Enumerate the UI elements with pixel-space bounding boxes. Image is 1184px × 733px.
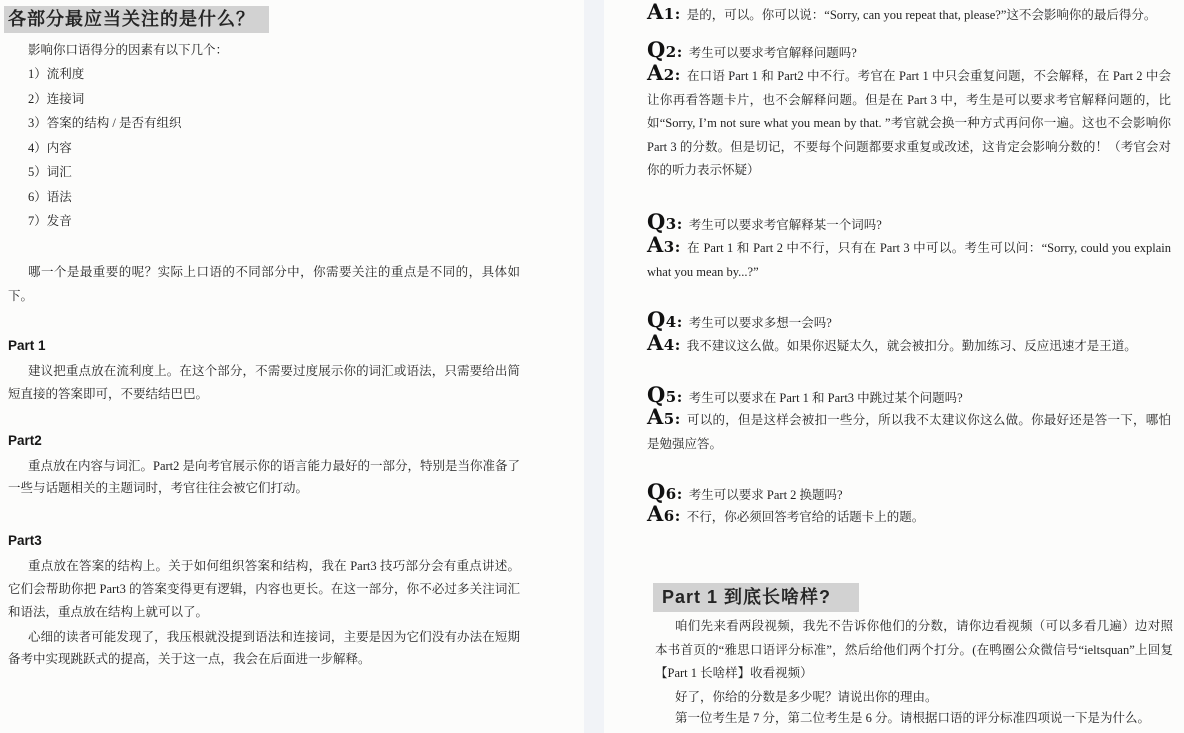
part3-paragraph: 重点放在答案的结构上。关于如何组织答案和结构，我在 Part3 技巧部分会有重点… [8,555,520,624]
factors-intro: 影响你口语得分的因素有以下几个： [8,39,520,62]
part1-paragraph: 建议把重点放在流利度上。在这个部分，不需要过度展示你的词汇或语法，只需要给出简短… [8,360,520,406]
right-page: A1:是的，可以。你可以说：“Sorry, can you repeat tha… [604,0,1184,733]
factor-item: 1）流利度 [28,62,181,87]
part2-paragraph: 重点放在内容与词汇。Part2 是向考官展示你的语言能力最好的一部分，特别是当你… [8,455,520,499]
qa-label: Q6: [647,481,683,502]
qa-text: 考生可以要求 Part 2 换题吗? [689,488,843,502]
which-important-paragraph: 哪一个是最重要的呢？实际上口语的不同部分中，你需要关注的重点是不同的，具体如下。 [8,260,520,308]
qa-text: 不行，你必须回答考官给的话题卡上的题。 [687,510,925,524]
qa-answer-4: A4:我不建议这么做。如果你迟疑太久，就会被扣分。勤加练习、反应迅速才是王道。 [647,332,1171,359]
qa-text: 我不建议这么做。如果你迟疑太久，就会被扣分。勤加练习、反应迅速才是王道。 [687,339,1137,353]
factor-item: 7）发音 [28,209,181,234]
qa-label: Q2: [647,39,683,60]
factor-item: 3）答案的结构 / 是否有组织 [28,111,181,136]
part3-extra-paragraph: 心细的读者可能发现了，我压根就没提到语法和连接词，主要是因为它们没有办法在短期备… [8,626,520,670]
qa-label: Q3: [647,211,683,232]
qa-label: A2: [647,62,681,83]
score-question-paragraph: 好了，你给的分数是多少呢？请说出你的理由。 [655,686,1173,710]
qa-text: 是的，可以。你可以说：“Sorry, can you repeat that, … [687,8,1157,22]
qa-label: Q4: [647,309,683,330]
factor-item: 5）词汇 [28,160,181,185]
qa-text: 在 Part 1 和 Part 2 中不行，只有在 Part 3 中可以。考生可… [647,241,1171,279]
qa-label: A4: [647,332,681,353]
factor-item: 4）内容 [28,136,181,161]
factor-list: 1）流利度 2）连接词 3）答案的结构 / 是否有组织 4）内容 5）词汇 6）… [28,62,181,234]
part1-label: Part 1 [8,338,46,353]
qa-answer-5: A5:可以的，但是这样会被扣一些分，所以我不太建议你这么做。你最好还是答一下，哪… [647,406,1171,456]
part3-label: Part3 [8,533,42,548]
left-section-heading: 各部分最应当关注的是什么？ [4,6,269,33]
score-answer-paragraph: 第一位考生是 7 分，第二位考生是 6 分。请根据口语的评分标准四项说一下是为什… [655,707,1173,731]
qa-text: 考生可以要求在 Part 1 和 Part3 中跳过某个问题吗? [689,391,963,405]
qa-text: 考生可以要求考官解释问题吗? [689,46,857,60]
factor-item: 2）连接词 [28,87,181,112]
left-page: 各部分最应当关注的是什么？ 影响你口语得分的因素有以下几个： 1）流利度 2）连… [0,0,584,733]
qa-label: A3: [647,234,681,255]
qa-text: 在口语 Part 1 和 Part2 中不行。考官在 Part 1 中只会重复问… [647,69,1171,177]
qa-answer-3: A3:在 Part 1 和 Part 2 中不行，只有在 Part 3 中可以。… [647,234,1171,284]
qa-answer-1: A1:是的，可以。你可以说：“Sorry, can you repeat tha… [647,1,1171,28]
part2-label: Part2 [8,433,42,448]
qa-answer-2: A2:在口语 Part 1 和 Part2 中不行。考官在 Part 1 中只会… [647,62,1171,183]
right-section-heading: Part 1 到底长啥样? [653,583,859,612]
qa-label: A5: [647,406,681,427]
video-intro-paragraph: 咱们先来看两段视频，我先不告诉你他们的分数，请你边看视频（可以多看几遍）边对照本… [655,615,1173,686]
qa-text: 考生可以要求考官解释某一个词吗? [689,218,882,232]
book-spread: 各部分最应当关注的是什么？ 影响你口语得分的因素有以下几个： 1）流利度 2）连… [0,0,1184,733]
qa-label: A6: [647,503,681,524]
qa-label: Q5: [647,384,683,405]
page-gutter [584,0,604,733]
factor-item: 6）语法 [28,185,181,210]
qa-answer-6: A6:不行，你必须回答考官给的话题卡上的题。 [647,503,1171,530]
qa-label: A1: [647,1,681,22]
qa-text: 可以的，但是这样会被扣一些分，所以我不太建议你这么做。你最好还是答一下，哪怕是勉… [647,413,1171,451]
qa-text: 考生可以要求多想一会吗? [689,316,832,330]
